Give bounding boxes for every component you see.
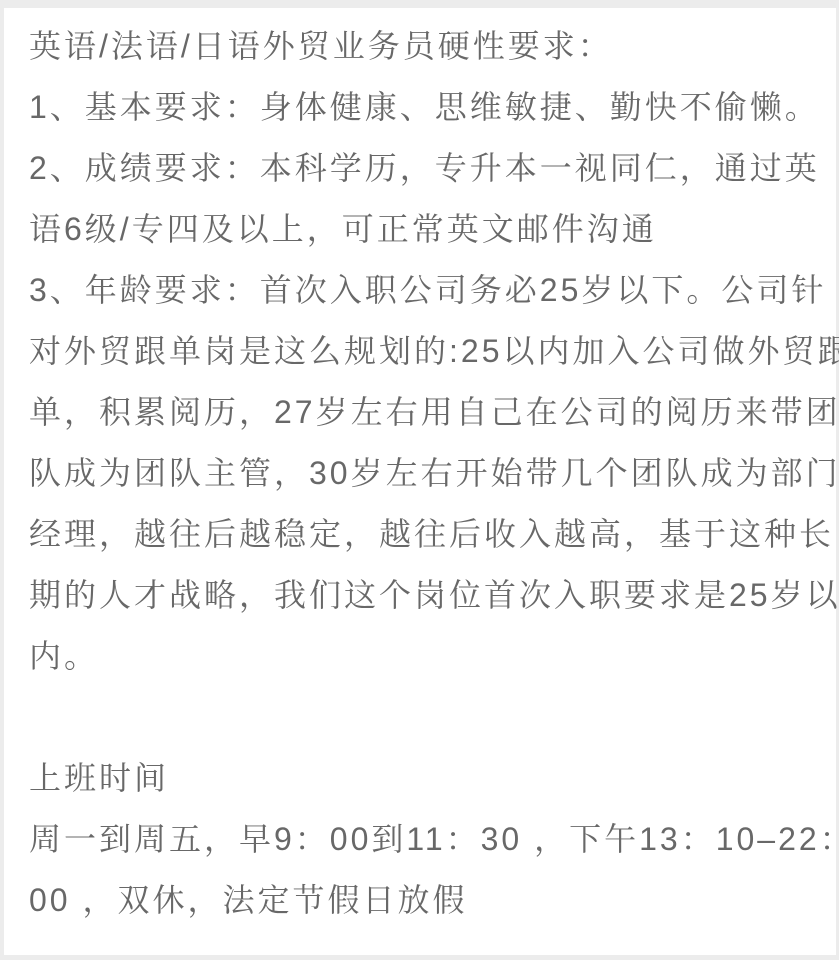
requirement-1-line: 1、基本要求：身体健康、思维敏捷、勤快不偷懒。	[29, 77, 812, 138]
document-body: 英语/法语/日语外贸业务员硬性要求： 1、基本要求：身体健康、思维敏捷、勤快不偷…	[4, 8, 836, 931]
requirement-3-line-6: 期的人才战略，我们这个岗位首次入职要求是25岁以	[29, 565, 812, 626]
requirement-3-line-2: 对外贸跟单岗是这么规划的:25以内加入公司做外贸跟	[29, 321, 812, 382]
requirement-2-line-2: 语6级/专四及以上，可正常英文邮件沟通	[29, 199, 812, 260]
work-hours-heading-line: 上班时间	[29, 748, 812, 809]
requirement-3-line-3: 单，积累阅历，27岁左右用自己在公司的阅历来带团	[29, 382, 812, 443]
requirement-3-line-4: 队成为团队主管，30岁左右开始带几个团队成为部门	[29, 443, 812, 504]
title-line: 英语/法语/日语外贸业务员硬性要求：	[29, 16, 812, 77]
requirement-3-line-5: 经理，越往后越稳定，越往后收入越高，基于这种长	[29, 504, 812, 565]
blank-line	[29, 687, 812, 748]
requirement-3-line-7: 内。	[29, 626, 812, 687]
requirement-2-line-1: 2、成绩要求：本科学历，专升本一视同仁，通过英	[29, 138, 812, 199]
document-card: 英语/法语/日语外贸业务员硬性要求： 1、基本要求：身体健康、思维敏捷、勤快不偷…	[4, 8, 836, 955]
work-hours-line-1: 周一到周五，早9：00到11：30 ，下午13：10–22：	[29, 809, 812, 870]
requirement-3-line-1: 3、年龄要求：首次入职公司务必25岁以下。公司针	[29, 260, 812, 321]
work-hours-line-2: 00 ，双休，法定节假日放假	[29, 870, 812, 931]
